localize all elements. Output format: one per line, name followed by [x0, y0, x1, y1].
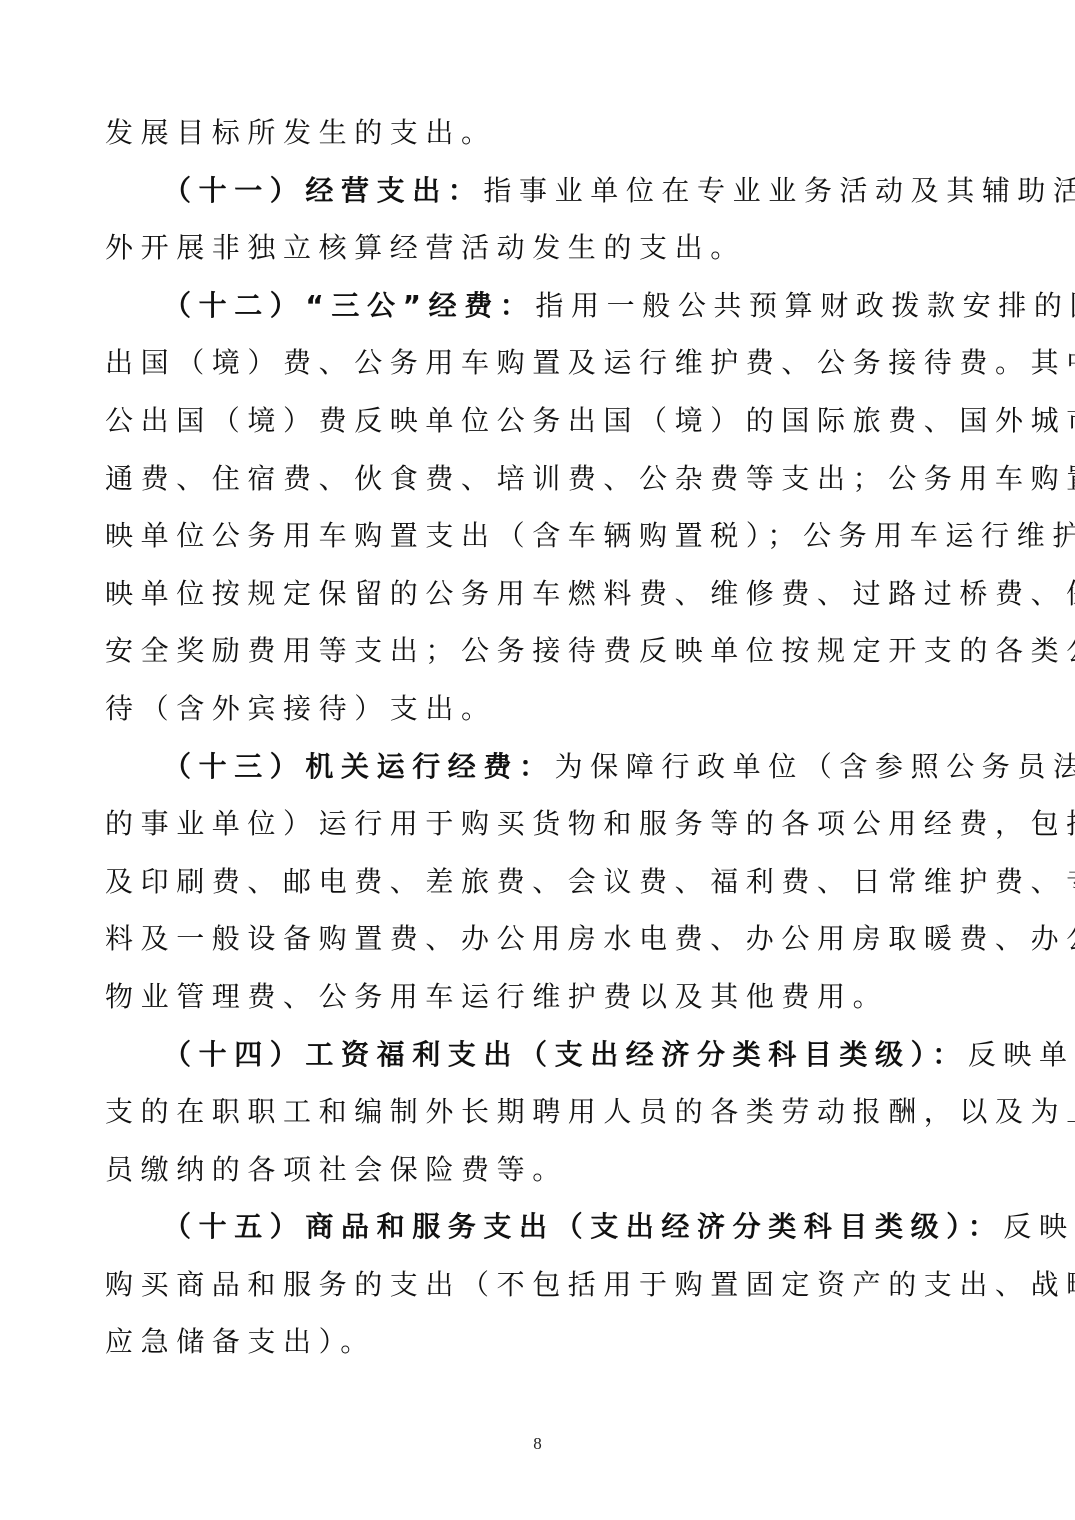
section-12-line: 映单位公务用车购置支出（含车辆购置税）；公务用车运行维护费反: [105, 507, 971, 565]
section-11-number: （十一）: [163, 174, 305, 207]
section-11-heading-line: （十一）经营支出：指事业单位在专业业务活动及其辅助活动之: [105, 162, 971, 220]
section-12-line: 待（含外宾接待）支出。: [105, 680, 971, 738]
section-14-heading-line: （十四）工资福利支出（支出经济分类科目类级）：反映单位开: [105, 1026, 971, 1084]
section-13-line: 及印刷费、邮电费、差旅费、会议费、福利费、日常维护费、专用材: [105, 853, 971, 911]
document-page: 发展目标所发生的支出。 （十一）经营支出：指事业单位在专业业务活动及其辅助活动之…: [105, 104, 971, 1371]
section-12-term: “三公”经费：: [305, 289, 535, 322]
section-14-line: 支的在职职工和编制外长期聘用人员的各类劳动报酬，以及为上述人: [105, 1083, 971, 1141]
section-15-term: 商品和服务支出（支出经济分类科目类级）：: [305, 1210, 1003, 1243]
section-12-heading-line: （十二）“三公”经费：指用一般公共预算财政拨款安排的因公: [105, 277, 971, 335]
section-11-line: 外开展非独立核算经营活动发生的支出。: [105, 219, 971, 277]
section-12-line: 安全奖励费用等支出；公务接待费反映单位按规定开支的各类公务接: [105, 622, 971, 680]
section-15-heading-line: （十五）商品和服务支出（支出经济分类科目类级）：反映单位: [105, 1198, 971, 1256]
section-13-heading-line: （十三）机关运行经费：为保障行政单位（含参照公务员法管理: [105, 738, 971, 796]
section-15-line: 应急储备支出）。: [105, 1313, 971, 1371]
section-13-line: 料及一般设备购置费、办公用房水电费、办公用房取暖费、办公用房: [105, 910, 971, 968]
section-12-line: 通费、住宿费、伙食费、培训费、公杂费等支出；公务用车购置费反: [105, 450, 971, 508]
section-13-line: 物业管理费、公务用车运行维护费以及其他费用。: [105, 968, 971, 1026]
section-11-text: 指事业单位在专业业务活动及其辅助活动之: [483, 174, 1075, 207]
section-12-number: （十二）: [163, 289, 305, 322]
section-12-line: 出国（境）费、公务用车购置及运行维护费、公务接待费。其中，因: [105, 334, 971, 392]
section-12-line: 公出国（境）费反映单位公务出国（境）的国际旅费、国外城市间交: [105, 392, 971, 450]
section-14-line: 员缴纳的各项社会保险费等。: [105, 1141, 971, 1199]
section-15-text: 反映单位: [1003, 1210, 1075, 1243]
section-14-term: 工资福利支出（支出经济分类科目类级）：: [305, 1038, 967, 1071]
section-12-text: 指用一般公共预算财政拨款安排的因公: [535, 289, 1075, 322]
section-15-number: （十五）: [163, 1210, 305, 1243]
page-number: 8: [0, 1434, 1075, 1454]
section-12-line: 映单位按规定保留的公务用车燃料费、维修费、过路过桥费、保险费、: [105, 565, 971, 623]
paragraph-continuation: 发展目标所发生的支出。: [105, 104, 971, 162]
section-13-text: 为保障行政单位（含参照公务员法管理: [555, 750, 1075, 783]
section-13-term: 机关运行经费：: [305, 750, 554, 783]
section-13-line: 的事业单位）运行用于购买货物和服务等的各项公用经费，包括办公: [105, 795, 971, 853]
section-14-text: 反映单位开: [968, 1038, 1075, 1071]
section-14-number: （十四）: [163, 1038, 305, 1071]
section-13-number: （十三）: [163, 750, 305, 783]
section-15-line: 购买商品和服务的支出（不包括用于购置固定资产的支出、战略性和: [105, 1256, 971, 1314]
section-11-term: 经营支出：: [305, 174, 483, 207]
